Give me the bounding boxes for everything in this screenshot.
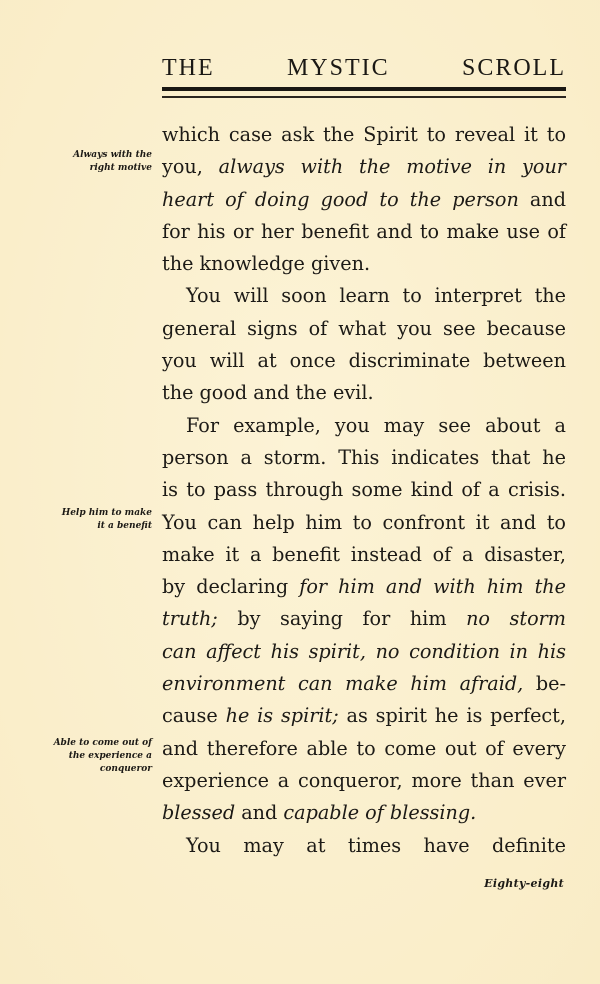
roman-text: as spirit he is perfect,	[339, 704, 566, 727]
running-title-word: SCROLL	[462, 54, 566, 82]
roman-text: You may at times have definite	[186, 834, 566, 857]
italic-text: truth;	[162, 607, 218, 630]
roman-text: For example, you may see about a	[186, 414, 566, 437]
margin-note-line: Able to come out of	[2, 737, 152, 750]
roman-text: and	[235, 801, 283, 824]
text-line: heart of doing good to the person and	[162, 184, 566, 216]
roman-text: which case ask the Spirit to reveal it t…	[162, 123, 566, 146]
text-line: blessed and capable of blessing.	[162, 797, 566, 829]
italic-text: capable of blessing.	[283, 801, 476, 824]
roman-text: the good and the evil.	[162, 381, 374, 404]
roman-text: you will at once discriminate between	[162, 349, 566, 372]
text-line: cause he is spirit; as spirit he is perf…	[162, 700, 566, 732]
text-line: which case ask the Spirit to reveal it t…	[162, 119, 566, 151]
roman-text: experience a conqueror, more than ever	[162, 769, 566, 792]
italic-text: heart of doing good to the person	[162, 188, 519, 211]
margin-note: Help him to makeit a benefit	[2, 507, 152, 533]
header-rule-thin	[162, 96, 566, 98]
margin-note-line: conqueror	[2, 763, 152, 776]
roman-text: person a storm. This indicates that he	[162, 446, 566, 469]
italic-text: always with the motive in your	[219, 155, 566, 178]
text-line: person a storm. This indicates that he	[162, 442, 566, 474]
roman-text: the knowledge given.	[162, 252, 370, 275]
text-line: experience a conqueror, more than ever	[162, 765, 566, 797]
running-title: THE MYSTIC SCROLL	[162, 54, 566, 82]
margin-note-line: the experience a	[2, 750, 152, 763]
italic-text: environment can make him afraid,	[162, 672, 523, 695]
text-line: for his or her benefit and to make use o…	[162, 216, 566, 248]
margin-note-line: it a benefit	[2, 520, 152, 533]
body-text: which case ask the Spirit to reveal it t…	[162, 119, 566, 862]
roman-text: for his or her benefit and to make use o…	[162, 220, 566, 243]
text-line: by declaring for him and with him the	[162, 571, 566, 603]
text-line: you will at once discriminate between	[162, 345, 566, 377]
roman-text: make it a benefit instead of a disaster,	[162, 543, 566, 566]
italic-text: can affect his spirit, no condition in h…	[162, 640, 566, 663]
text-line: make it a benefit instead of a disaster,	[162, 539, 566, 571]
roman-text: You can help him to confront it and to	[162, 511, 566, 534]
text-line: environment can make him afraid, be-	[162, 668, 566, 700]
roman-text: you,	[162, 155, 219, 178]
text-line: You can help him to confront it and to	[162, 507, 566, 539]
roman-text: cause	[162, 704, 226, 727]
roman-text: is to pass through some kind of a crisis…	[162, 478, 566, 501]
margin-note-line: Always with the	[2, 149, 152, 162]
roman-text: and therefore able to come out of every	[162, 737, 566, 760]
text-line: the good and the evil.	[162, 377, 566, 409]
header-rule-thick	[162, 87, 566, 91]
margin-note-line: Help him to make	[2, 507, 152, 520]
roman-text: by declaring	[162, 575, 299, 598]
roman-text: You will soon learn to interpret the	[186, 284, 566, 307]
page-header: THE MYSTIC SCROLL	[162, 54, 566, 82]
text-line: and therefore able to come out of every	[162, 733, 566, 765]
text-line: you, always with the motive in your	[162, 151, 566, 183]
italic-text: he is spirit;	[226, 704, 339, 727]
running-title-word: THE	[162, 54, 215, 82]
text-line: general signs of what you see because	[162, 313, 566, 345]
text-line: You may at times have definite	[162, 830, 566, 862]
page-number: Eighty-eight	[484, 877, 564, 890]
margin-note: Able to come out ofthe experience aconqu…	[2, 737, 152, 776]
roman-text: by saying for him	[218, 607, 466, 630]
roman-text: and	[519, 188, 566, 211]
italic-text: no storm	[466, 607, 566, 630]
italic-text: blessed	[162, 801, 235, 824]
text-line: For example, you may see about a	[162, 410, 566, 442]
text-line: You will soon learn to interpret the	[162, 280, 566, 312]
margin-note-line: right motive	[2, 162, 152, 175]
running-title-word: MYSTIC	[287, 54, 390, 82]
text-line: truth; by saying for him no storm	[162, 603, 566, 635]
text-line: is to pass through some kind of a crisis…	[162, 474, 566, 506]
italic-text: for him and with him the	[299, 575, 566, 598]
margin-note: Always with theright motive	[2, 149, 152, 175]
roman-text: be-	[523, 672, 566, 695]
text-line: can affect his spirit, no condition in h…	[162, 636, 566, 668]
text-line: the knowledge given.	[162, 248, 566, 280]
roman-text: general signs of what you see because	[162, 317, 566, 340]
